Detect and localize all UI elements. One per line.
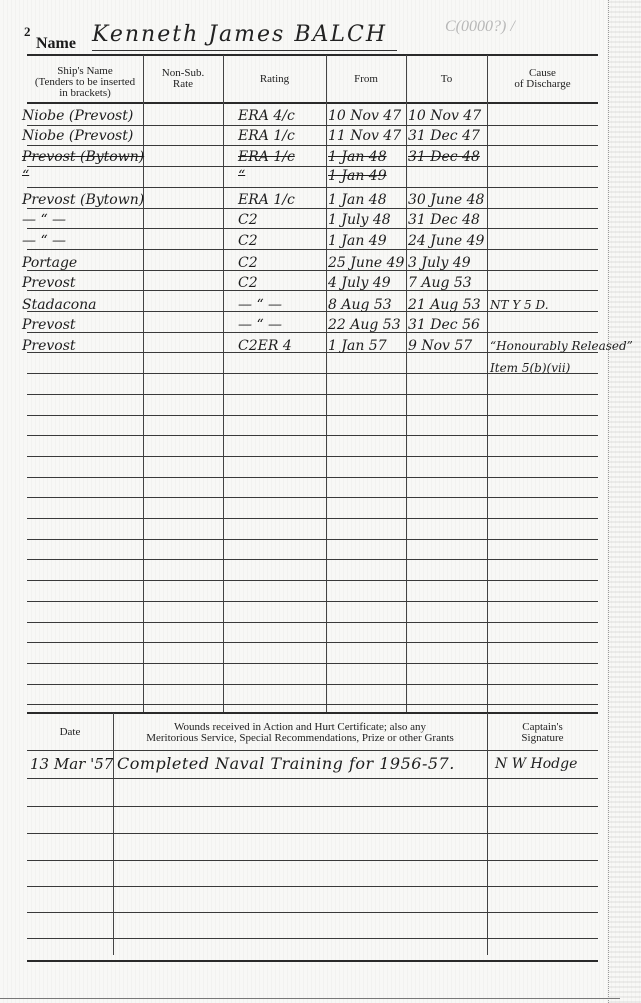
row-rule: [27, 860, 598, 861]
header-rating: Rating: [223, 74, 326, 85]
col-divider: [406, 55, 407, 712]
ship-name-cell: Prevost (Bytown): [22, 192, 144, 208]
row-rule: [27, 580, 598, 581]
row-rule: [27, 394, 598, 395]
row-rule: [27, 477, 598, 478]
header-date: Date: [27, 727, 113, 738]
row-rule: [27, 145, 598, 146]
row-rule: [27, 228, 598, 229]
col-divider: [487, 713, 488, 955]
header-cause-of-discharge: Cause of Discharge: [487, 68, 598, 90]
row-rule: [27, 704, 598, 705]
rating-cell: ERA 1/c: [238, 192, 295, 208]
ship-name-cell: — “ —: [22, 212, 66, 228]
from-date-cell: 10 Nov 47: [328, 108, 401, 124]
row-rule: [27, 435, 598, 436]
name-value: Kenneth James BALCH: [92, 22, 397, 51]
rating-cell: C2: [238, 212, 258, 228]
to-date-cell: 31 Dec 56: [408, 317, 480, 333]
row-rule: [27, 778, 598, 779]
ship-name-cell: Prevost: [22, 275, 76, 291]
row-rule: [27, 497, 598, 498]
from-date-cell: 1 Jan 49: [328, 168, 387, 184]
cause-of-discharge-cell: NT Y 5 D.: [490, 297, 549, 313]
row-rule: [27, 912, 598, 913]
award-entry: Completed Naval Training for 1956-57.: [117, 756, 455, 772]
rating-cell: C2: [238, 233, 258, 249]
award-date: 13 Mar '57: [30, 756, 113, 772]
ship-name-cell: Portage: [22, 255, 77, 271]
header-to: To: [406, 74, 487, 85]
rating-cell: ERA 4/c: [238, 108, 295, 124]
row-rule: [27, 415, 598, 416]
to-date-cell: 31 Dec 48: [408, 212, 480, 228]
rating-cell: C2: [238, 275, 258, 291]
row-rule: [27, 663, 598, 664]
row-rule: [27, 518, 598, 519]
scan-edge-noise: [608, 0, 641, 1003]
row-rule: [27, 208, 598, 209]
from-date-cell: 22 Aug 53: [328, 317, 401, 333]
col-divider: [223, 55, 224, 712]
from-date-cell: 4 July 49: [328, 275, 391, 291]
to-date-cell: 10 Nov 47: [408, 108, 481, 124]
to-date-cell: 21 Aug 53: [408, 297, 481, 313]
from-date-cell: 1 July 48: [328, 212, 391, 228]
row-rule: [27, 539, 598, 540]
header-captains-signature: Captain's Signature: [487, 722, 598, 744]
row-rule: [27, 249, 598, 250]
col-divider: [113, 713, 114, 955]
from-date-cell: 1 Jan 48: [328, 149, 387, 165]
row-rule: [27, 125, 598, 126]
rating-cell: C2ER 4: [238, 338, 292, 354]
row-rule: [27, 166, 598, 167]
row-rule: [27, 290, 598, 291]
row-rule: [27, 938, 598, 939]
to-date-cell: 31 Dec 47: [408, 128, 480, 144]
rating-cell: ERA 1/c: [238, 128, 295, 144]
to-date-cell: 3 July 49: [408, 255, 471, 271]
row-rule: [27, 642, 598, 643]
ship-name-cell: Niobe (Prevost): [22, 108, 133, 124]
ship-name-cell: “: [22, 168, 29, 184]
row-rule: [27, 187, 598, 188]
name-label: Name: [36, 35, 76, 53]
rating-cell: — “ —: [238, 317, 282, 333]
header-non-sub-rate: Non-Sub. Rate: [143, 68, 223, 90]
scan-bottom-edge: [0, 998, 620, 999]
from-date-cell: 8 Aug 53: [328, 297, 392, 313]
header-from: From: [326, 74, 406, 85]
row-rule: [27, 806, 598, 807]
cause-of-discharge-cell: “Honourably Released”: [490, 338, 633, 354]
table-top-border: [27, 54, 598, 56]
to-date-cell: 31 Dec 48: [408, 149, 480, 165]
to-date-cell: 24 June 49: [408, 233, 484, 249]
row-rule: [27, 833, 598, 834]
col-divider: [487, 55, 488, 712]
row-rule: [27, 601, 598, 602]
header-wounds-and-grants: Wounds received in Action and Hurt Certi…: [113, 722, 487, 744]
row-rule: [27, 559, 598, 560]
captain-signature: N W Hodge: [495, 756, 577, 772]
ship-name-cell: Prevost: [22, 317, 76, 333]
cause-of-discharge-cell: Item 5(b)(vii): [490, 360, 570, 376]
from-date-cell: 11 Nov 47: [328, 128, 401, 144]
faded-annotation: C(0000?) /: [445, 18, 515, 36]
awards-table-bottom-border: [27, 960, 598, 962]
row-rule: [27, 332, 598, 333]
row-rule: [27, 622, 598, 623]
ship-name-cell: — “ —: [22, 233, 66, 249]
row-rule: [27, 684, 598, 685]
to-date-cell: 30 June 48: [408, 192, 484, 208]
row-rule: [27, 456, 598, 457]
ship-name-cell: Prevost: [22, 338, 76, 354]
row-rule: [27, 886, 598, 887]
rating-cell: — “ —: [238, 297, 282, 313]
rating-cell: C2: [238, 255, 258, 271]
rating-cell: “: [238, 168, 245, 184]
from-date-cell: 25 June 49: [328, 255, 404, 271]
from-date-cell: 1 Jan 57: [328, 338, 387, 354]
table-header-bottom: [27, 102, 598, 104]
service-record-page: 2 Name Kenneth James BALCH C(0000?) / Sh…: [0, 0, 641, 1003]
header-ship-name: Ship's Name (Tenders to be inserted in b…: [27, 66, 143, 99]
ship-name-cell: Niobe (Prevost): [22, 128, 133, 144]
rating-cell: ERA 1/c: [238, 149, 295, 165]
from-date-cell: 1 Jan 49: [328, 233, 387, 249]
from-date-cell: 1 Jan 48: [328, 192, 387, 208]
col-divider: [326, 55, 327, 712]
to-date-cell: 7 Aug 53: [408, 275, 472, 291]
ship-name-cell: Prevost (Bytown): [22, 149, 144, 165]
to-date-cell: 9 Nov 57: [408, 338, 472, 354]
page-number: 2: [24, 24, 31, 40]
row-rule: [27, 270, 598, 271]
ship-name-cell: Stadacona: [22, 297, 97, 313]
